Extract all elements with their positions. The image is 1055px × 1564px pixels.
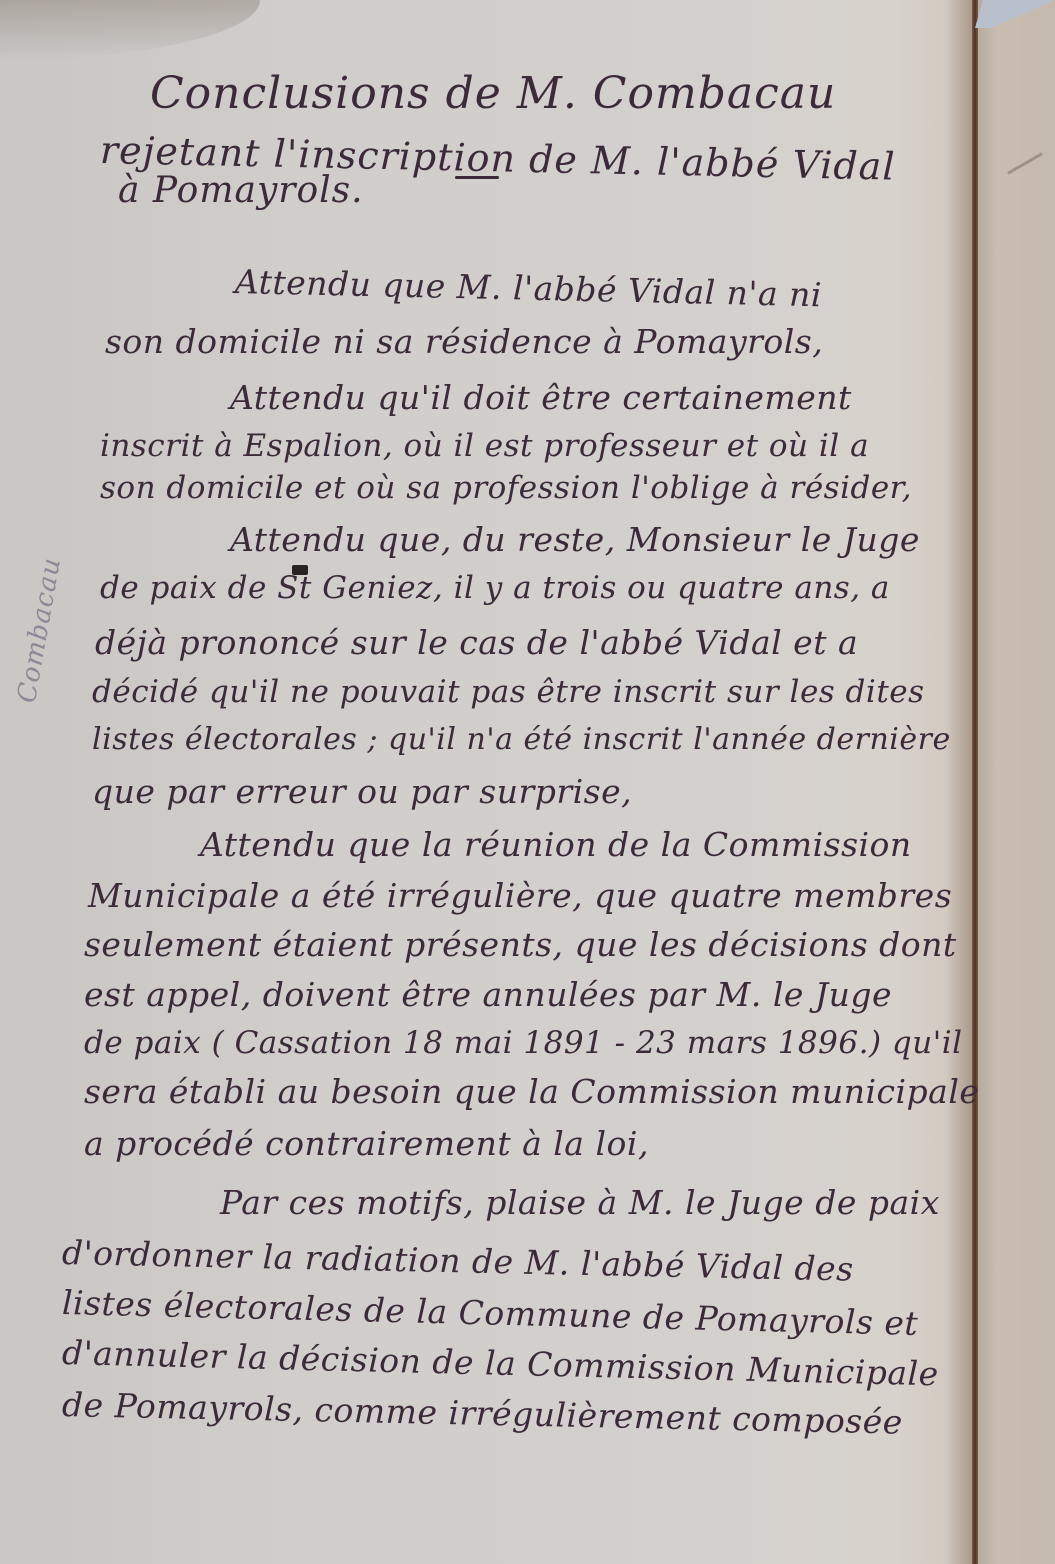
body-line-6: Attendu que, du reste, Monsieur le Juge (230, 520, 920, 559)
body-line-16: de paix ( Cassation 18 mai 1891 - 23 mar… (84, 1025, 963, 1061)
heading-line-1: Conclusions de M. Combacau (150, 68, 836, 119)
body-line-2: son domicile ni sa résidence à Pomayrols… (105, 322, 823, 361)
body-line-5: son domicile et où sa profession l'oblig… (100, 470, 912, 506)
body-line-4: inscrit à Espalion, où il est professeur… (100, 428, 869, 464)
body-line-15: est appel, doivent être annulées par M. … (84, 975, 892, 1014)
body-line-18: a procédé contrairement à la loi, (84, 1124, 649, 1163)
right-page-edge (978, 0, 1055, 1564)
body-line-17: sera établi au besoin que la Commission … (84, 1072, 979, 1111)
body-line-11: que par erreur ou par surprise, (92, 772, 632, 811)
body-line-10: listes électorales ; qu'il n'a été inscr… (92, 722, 951, 757)
body-line-14: seulement étaient présents, que les déci… (84, 925, 957, 964)
ink-blot (292, 565, 308, 575)
body-line-7: de paix de St Geniez, il y a trois ou qu… (100, 570, 890, 606)
body-line-8: déjà prononcé sur le cas de l'abbé Vidal… (95, 623, 858, 662)
body-line-9: décidé qu'il ne pouvait pas être inscrit… (92, 674, 925, 710)
heading-line-3: à Pomayrols. (118, 170, 364, 211)
heading-dash (455, 176, 499, 179)
body-line-19: Par ces motifs, plaise à M. le Juge de p… (220, 1183, 940, 1222)
body-line-3: Attendu qu'il doit être certainement (230, 378, 852, 417)
body-line-12: Attendu que la réunion de la Commission (200, 825, 912, 864)
document-photo: Combacau Conclusions de M. Combacau reje… (0, 0, 1055, 1564)
body-line-13: Municipale a été irrégulière, que quatre… (88, 876, 952, 915)
